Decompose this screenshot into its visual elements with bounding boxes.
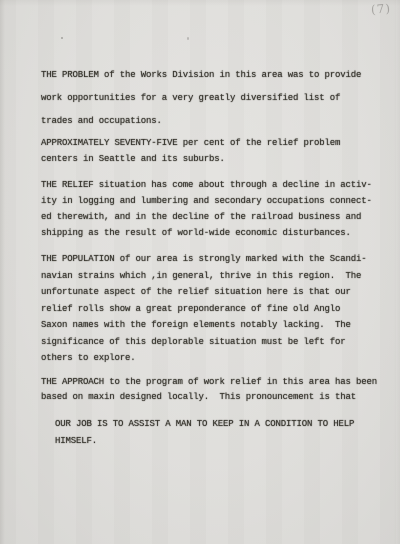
- text-line: THE APPROACH to the program of work reli…: [41, 375, 391, 391]
- text-line: THE POPULATION of our area is strongly m…: [41, 251, 391, 268]
- paper-speck: [61, 37, 63, 39]
- text-line: unfortunate aspect of the relief situati…: [41, 284, 391, 301]
- paragraph-population: THE POPULATION of our area is strongly m…: [41, 251, 391, 367]
- text-line: relief rolls show a great preponderance …: [41, 301, 391, 318]
- text-line: centers in Seattle and its suburbs.: [41, 151, 391, 167]
- paragraph-maxim-quote: OUR JOB IS TO ASSIST A MAN TO KEEP IN A …: [55, 416, 391, 450]
- text-line: THE RELIEF situation has come about thro…: [41, 177, 391, 193]
- paragraph-relief: THE RELIEF situation has come about thro…: [41, 177, 391, 241]
- text-line: others to explore.: [41, 350, 391, 367]
- text-line: OUR JOB IS TO ASSIST A MAN TO KEEP IN A …: [55, 416, 391, 433]
- text-line: trades and occupations.: [41, 110, 391, 133]
- text-line: HIMSELF.: [55, 433, 391, 450]
- text-line: shipping as the result of world-wide eco…: [41, 225, 391, 241]
- text-line: ity in logging and lumbering and seconda…: [41, 193, 391, 209]
- text-line: significance of this deplorable situatio…: [41, 334, 391, 351]
- text-line: work opportunities for a very greatly di…: [41, 87, 391, 110]
- document-page: (7) THE PROBLEM of the Works Division in…: [0, 0, 400, 544]
- paragraph-seventy-five: APPROXIMATELY SEVENTY-FIVE per cent of t…: [41, 135, 391, 167]
- paragraph-approach: THE APPROACH to the program of work reli…: [41, 375, 391, 406]
- text-line: THE PROBLEM of the Works Division in thi…: [41, 64, 391, 87]
- text-line: Saxon names with the foreign elements no…: [41, 317, 391, 334]
- paragraph-problem: THE PROBLEM of the Works Division in thi…: [41, 64, 391, 133]
- paper-speck: [187, 37, 189, 40]
- typewritten-text: THE PROBLEM of the Works Division in thi…: [41, 64, 391, 450]
- text-line: navian strains which ,in general, thrive…: [41, 268, 391, 285]
- text-line: ed therewith, and in the decline of the …: [41, 209, 391, 225]
- text-line: based on maxin designed locally. This pr…: [41, 390, 391, 406]
- text-line: APPROXIMATELY SEVENTY-FIVE per cent of t…: [41, 135, 391, 151]
- pencil-page-number: (7): [371, 1, 392, 16]
